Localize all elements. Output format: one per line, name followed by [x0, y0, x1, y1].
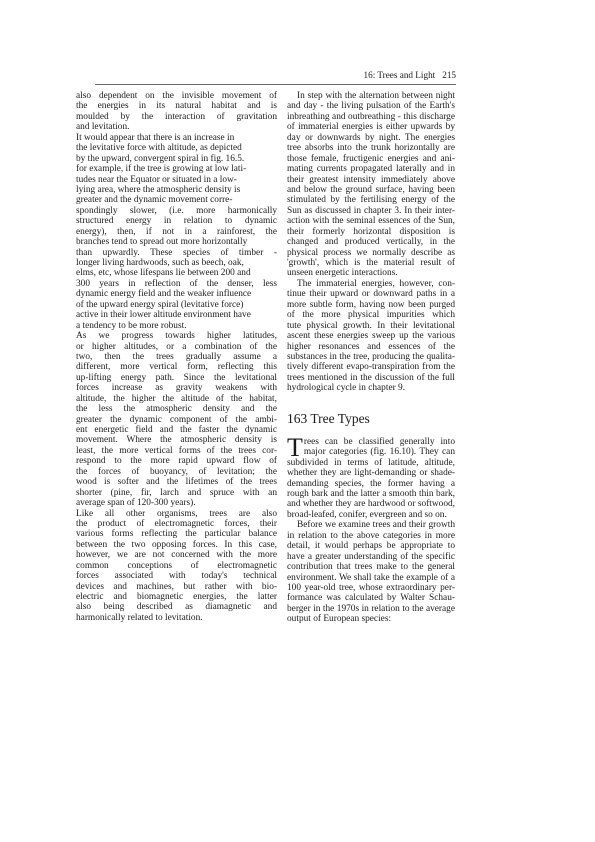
text-line: tinue their upward or downward paths in … [287, 289, 455, 299]
text-line: the product of electromagnetic forces, t… [76, 519, 277, 529]
running-title: 16: Trees and Light [364, 70, 436, 80]
text-line: substances in the tree, producing the qu… [287, 352, 455, 362]
text-line: between the two opposing forces. In this… [76, 540, 277, 550]
paragraph-day-night: In step with the alternation between nig… [287, 91, 455, 279]
text-line: energy), then, if not in a rainforest, t… [76, 227, 277, 237]
text-line: higher resonances and essences of the [287, 342, 455, 352]
text-line: output of European species: [287, 614, 455, 624]
text-line: demanding species, the former having a t… [287, 479, 455, 489]
text-line: average span of 120-300 years). [76, 498, 277, 508]
text-line: Sun as discussed in chapter 3. In their … [287, 206, 455, 216]
running-header: 16: Trees and Light215 [95, 70, 456, 85]
text-line: structured energy in relation to dynamic [76, 216, 277, 226]
text-line: active in their lower altitude environme… [76, 310, 277, 320]
text-line: greater and the dynamic movement corre- [76, 195, 277, 205]
text-line: more subtle form, having now been purged [287, 300, 455, 310]
text-line: environment. We shall take the example o… [287, 573, 455, 583]
text-line: respond to the more rapid upward flow of [76, 456, 277, 466]
text-line: altitude, the higher the altitude of the… [76, 394, 277, 404]
text-line: shorter (pine, fir, larch and spruce wit… [76, 488, 277, 498]
text-line: tree absorbs into the trunk horizontally… [287, 143, 455, 153]
text-line: and below the ground surface, having bee… [287, 185, 455, 195]
text-line: branches tend to spread out more horizon… [76, 237, 277, 247]
text-line: day or downwards by night. The energies … [287, 133, 455, 143]
text-line: physical process we normally describe as [287, 248, 455, 258]
text-line: 300 years in reflection of the denser, l… [76, 279, 277, 289]
text-line: moulded by the interaction of gravitatio… [76, 112, 277, 122]
text-line: It would appear that there is an increas… [76, 133, 277, 143]
text-line: hydrological cycle in chapter 9. [287, 383, 455, 393]
text-line: have a greater understanding of the spec… [287, 552, 455, 562]
text-line: a tendency to be more robust. [76, 321, 277, 331]
text-line: 'growth', which is the material result o… [287, 258, 455, 268]
text-line: greater the dynamic component of the amb… [76, 415, 277, 425]
paragraph-examine-trees: Before we examine trees and their growth… [287, 520, 455, 624]
text-line: in relation to the above categories in m… [287, 531, 455, 541]
text-line: wood is softer and the lifetimes of the … [76, 477, 277, 487]
text-line: two, then the trees gradually assume a [76, 352, 277, 362]
text-line: by the upward, convergent spiral in fig.… [76, 154, 277, 164]
text-line: of the upward energy spiral (levitative … [76, 300, 277, 310]
text-line: lying area, where the atmospheric densit… [76, 185, 277, 195]
paragraph-tree-types-continued: subdivided in terms of latitude, altitud… [287, 458, 455, 521]
text-line: of the more physical impurities which co… [287, 310, 455, 320]
text-line: common conceptions of electromagnetic [76, 561, 277, 571]
text-line: the energies in its natural habitat and … [76, 101, 277, 111]
text-line: berger in the 1970s in relation to the a… [287, 604, 455, 614]
text-line: inbreathing and outbreathing - this disc… [287, 112, 455, 122]
text-line: Before we examine trees and their growth [287, 520, 455, 530]
text-line: detail, it would perhaps be appropriate … [287, 541, 455, 551]
text-line: formance was calculated by Walter Schau- [287, 593, 455, 603]
text-line: whether they are light-demanding or shad… [287, 468, 455, 478]
text-line: stimulated by the fertilising energy of … [287, 195, 455, 205]
text-line: and levitation. [76, 122, 277, 132]
text-line: various forms reflecting the particular … [76, 529, 277, 539]
text-line: In step with the alternation between nig… [287, 91, 455, 101]
text-line: forces increase as gravity weakens with [76, 383, 277, 393]
text-line: mating currents propagated laterally and… [287, 164, 455, 174]
text-line: also being described as diamagnetic and [76, 602, 277, 612]
text-line: harmonically related to levitation. [76, 613, 277, 623]
section-heading: 163 Tree Types [287, 411, 455, 427]
text-line: ent energetic field and the faster the d… [76, 425, 277, 435]
text-line: least, the more vertical forms of the tr… [76, 446, 277, 456]
text-line: rees can be classified generally into se… [304, 437, 455, 447]
text-line: different, more vertical form, reflectin… [76, 362, 277, 372]
text-line: the less the atmospheric density and the [76, 404, 277, 414]
right-column: In step with the alternation between nig… [287, 91, 455, 625]
text-line: their greatest intensity immediately abo… [287, 175, 455, 185]
text-line: the levitative force with altitude, as d… [76, 143, 277, 153]
text-line: action with the seminal essences of the … [287, 216, 455, 226]
text-line: longer living hardwoods, such as beech, … [76, 258, 277, 268]
text-line: 100 year-old tree, whose extraordinary p… [287, 583, 455, 593]
text-line: The immaterial energies, however, con- [287, 279, 455, 289]
text-line: the forces of buoyancy, of levitation; t… [76, 467, 277, 477]
left-column: also dependent on the invisible movement… [76, 91, 277, 623]
page-number: 215 [442, 70, 456, 80]
paragraph-immaterial-energies: The immaterial energies, however, con-ti… [287, 279, 455, 394]
text-line: rough bark and the latter a smooth thin … [287, 489, 455, 499]
text-line: however, we are not concerned with the m… [76, 550, 277, 560]
text-line: subdivided in terms of latitude, altitud… [287, 458, 455, 468]
text-line: movement. Where the atmospheric density … [76, 435, 277, 445]
text-line: electric and biomagnetic energies, the l… [76, 592, 277, 602]
text-line: and whether they are hardwood or softwoo… [287, 499, 455, 509]
text-line: major categories (fig. 16.10). They can … [304, 447, 455, 457]
text-line: tively different evapo-transpiration fro… [287, 362, 455, 372]
text-line: elms, etc, whose lifespans lie between 2… [76, 268, 277, 278]
text-line: devices and machines, but rather with bi… [76, 582, 277, 592]
text-line: ascent these energies sweep up the vario… [287, 331, 455, 341]
paragraph-tree-types: T rees can be classified generally into … [287, 437, 455, 458]
text-line: dynamic energy field and the weaker infl… [76, 289, 277, 299]
text-line: their formerly horizontal disposition is [287, 227, 455, 237]
drop-cap: T [287, 438, 303, 458]
text-line: tudes near the Equator or situated in a … [76, 175, 277, 185]
text-line: broad-leafed, conifer, evergreen and so … [287, 510, 455, 520]
text-line: unseen energetic interactions. [287, 268, 455, 278]
text-line: changed and produced vertically, in the [287, 237, 455, 247]
text-line: Like all other organisms, trees are also [76, 509, 277, 519]
text-line: forces associated with today's technical [76, 571, 277, 581]
text-line: of immaterial energies is either upwards… [287, 122, 455, 132]
text-line: or higher altitudes, or a combination of… [76, 342, 277, 352]
text-line: than upwardly. These species of timber - [76, 248, 277, 258]
text-line: trees mentioned in the discussion of the… [287, 373, 455, 383]
text-line: contribution that trees make to the gene… [287, 562, 455, 572]
text-line: those female, fructigenic energies and a… [287, 154, 455, 164]
text-line: As we progress towards higher latitudes, [76, 331, 277, 341]
text-line: up-lifting energy path. Since the levita… [76, 373, 277, 383]
text-line: for example, if the tree is growing at l… [76, 164, 277, 174]
text-line: tute physical growth. In their levitatio… [287, 321, 455, 331]
text-line: also dependent on the invisible movement… [76, 91, 277, 101]
text-line: and day - the living pulsation of the Ea… [287, 101, 455, 111]
text-line: spondingly slower, (i.e. more harmonical… [76, 206, 277, 216]
